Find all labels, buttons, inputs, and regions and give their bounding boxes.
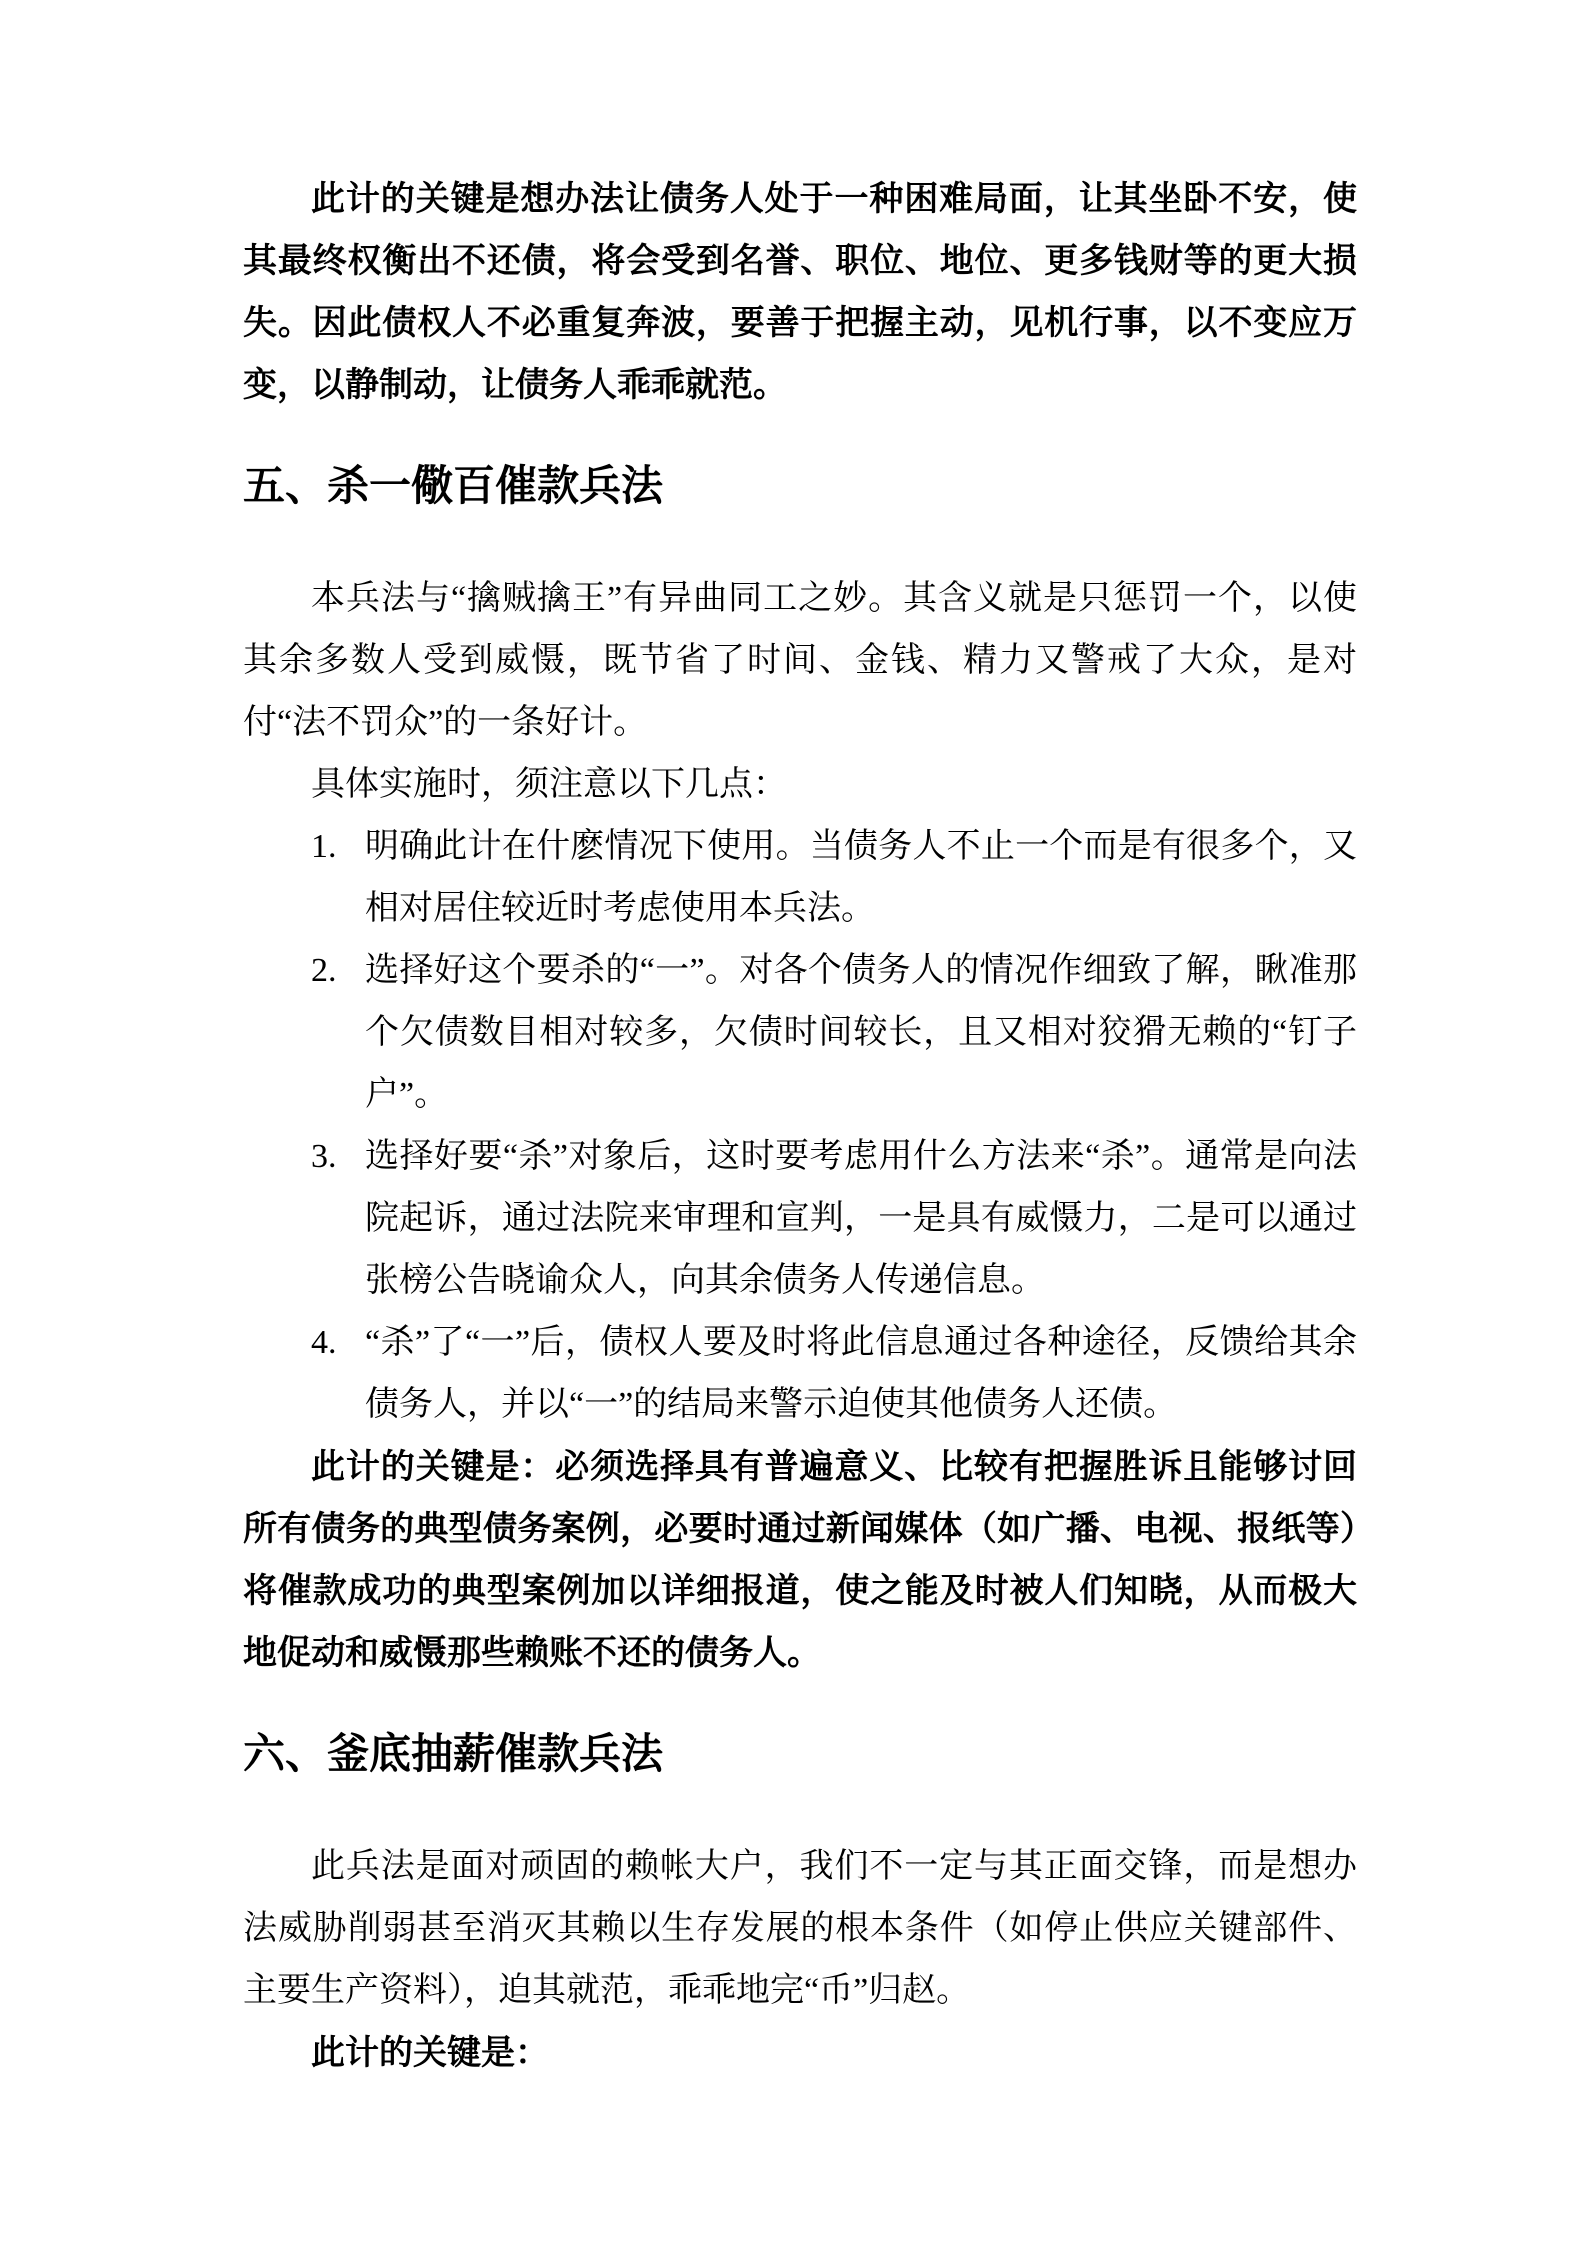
section-5-key-paragraph: 此计的关键是：必须选择具有普遍意义、比较有把握胜诉且能够讨回所有债务的典型债务案… xyxy=(243,1436,1357,1684)
intro-key-paragraph: 此计的关键是想办法让债务人处于一种困难局面，让其坐卧不安，使其最终权衡出不还债，… xyxy=(243,168,1357,416)
list-item-2-text: 选择好这个要杀的“一”。对各个债务人的情况作细致了解，瞅准那个欠债数目相对较多，… xyxy=(365,952,1357,1113)
list-item-3-number: 3. xyxy=(311,1126,337,1188)
section-6-key-lead: 此计的关键是： xyxy=(243,2022,1357,2084)
section-6-heading: 六、釜底抽薪催款兵法 xyxy=(243,1722,1357,1786)
list-item-1: 1. 明确此计在什麽情况下使用。当债务人不止一个而是有很多个，又相对居住较近时考… xyxy=(243,816,1357,940)
document-content: 此计的关键是想办法让债务人处于一种困难局面，让其坐卧不安，使其最终权衡出不还债，… xyxy=(243,168,1357,2084)
list-item-2: 2. 选择好这个要杀的“一”。对各个债务人的情况作细致了解，瞅准那个欠债数目相对… xyxy=(243,940,1357,1126)
section-5-numbered-list: 1. 明确此计在什麽情况下使用。当债务人不止一个而是有很多个，又相对居住较近时考… xyxy=(243,816,1357,1436)
list-item-4: 4. “杀”了“一”后，债权人要及时将此信息通过各种途径，反馈给其余债务人，并以… xyxy=(243,1312,1357,1436)
document-page: 此计的关键是想办法让债务人处于一种困难局面，让其坐卧不安，使其最终权衡出不还债，… xyxy=(0,0,1587,2245)
section-6-intro-paragraph: 此兵法是面对顽固的赖帐大户，我们不一定与其正面交锋，而是想办法威胁削弱甚至消灭其… xyxy=(243,1836,1357,2022)
list-item-2-number: 2. xyxy=(311,940,337,1002)
section-5-intro-paragraph: 本兵法与“擒贼擒王”有异曲同工之妙。其含义就是只惩罚一个，以使其余多数人受到威慑… xyxy=(243,568,1357,754)
list-item-3: 3. 选择好要“杀”对象后，这时要考虑用什么方法来“杀”。通常是向法院起诉，通过… xyxy=(243,1126,1357,1312)
list-item-4-text: “杀”了“一”后，债权人要及时将此信息通过各种途径，反馈给其余债务人，并以“一”… xyxy=(365,1324,1357,1423)
section-5-list-intro: 具体实施时，须注意以下几点： xyxy=(243,754,1357,816)
list-item-1-number: 1. xyxy=(311,816,337,878)
list-item-3-text: 选择好要“杀”对象后，这时要考虑用什么方法来“杀”。通常是向法院起诉，通过法院来… xyxy=(365,1138,1357,1299)
list-item-1-text: 明确此计在什麽情况下使用。当债务人不止一个而是有很多个，又相对居住较近时考虑使用… xyxy=(365,828,1357,927)
section-5-heading: 五、杀一儆百催款兵法 xyxy=(243,454,1357,518)
list-item-4-number: 4. xyxy=(311,1312,337,1374)
